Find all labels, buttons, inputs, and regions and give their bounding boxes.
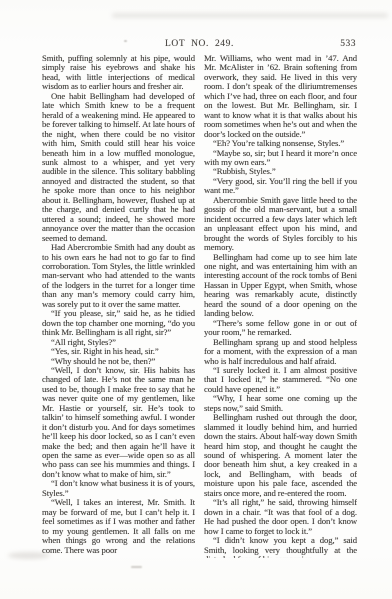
- paragraph: Mr. Williams, who went mad in ’47. And M…: [204, 54, 357, 139]
- paragraph: Abercrombie Smith gave little heed to th…: [204, 196, 357, 253]
- paragraph: “It’s all right,” he said, throwing hims…: [204, 498, 357, 536]
- paragraph: Bellingham rushed out through the door, …: [204, 413, 357, 498]
- running-head-title: LOT NO. 249.: [42, 39, 357, 49]
- right-column: Mr. Williams, who went mad in ’47. And M…: [204, 54, 357, 558]
- scan-artifact: [131, 566, 142, 568]
- paragraph: “Why, I hear some one coming up the step…: [204, 394, 357, 413]
- page-number: 533: [340, 39, 356, 49]
- paragraph: “If you please, sir,” said he, as he tid…: [42, 309, 195, 337]
- left-column: Smith, puffing solemnly at his pipe, wou…: [42, 54, 195, 558]
- paragraph: Had Abercrombie Smith had any doubt as t…: [42, 243, 195, 309]
- running-head: LOT NO. 249. 533: [42, 39, 357, 52]
- book-page: LOT NO. 249. 533 Smith, puffing solemnly…: [0, 0, 392, 599]
- paragraph: “I didn’t know you kept a dog,” said Smi…: [204, 536, 357, 558]
- paragraph: “Very good, sir. You’ll ring the bell if…: [204, 177, 357, 196]
- paragraph: Smith, puffing solemnly at his pipe, wou…: [42, 54, 195, 92]
- paragraph: “I don’t know what business it is of you…: [42, 479, 195, 498]
- paragraph: “Well, I don’t know, sir. His habits has…: [42, 366, 195, 479]
- scan-artifact: [112, 13, 388, 18]
- paragraph: “Well, I takes an interest, Mr. Smith. I…: [42, 498, 195, 555]
- paragraph: Bellingham sprang up and stood helpless …: [204, 338, 357, 366]
- paragraph: Bellingham had come up to see him late o…: [204, 253, 357, 319]
- paragraph: “Maybe so, sir; but I heard it more’n on…: [204, 149, 357, 168]
- paragraph: “I surely locked it. I am almost positiv…: [204, 366, 357, 394]
- paragraph: One habit Bellingham had developed of la…: [42, 92, 195, 243]
- paragraph: “There’s some fellow gone in or out of y…: [204, 319, 357, 338]
